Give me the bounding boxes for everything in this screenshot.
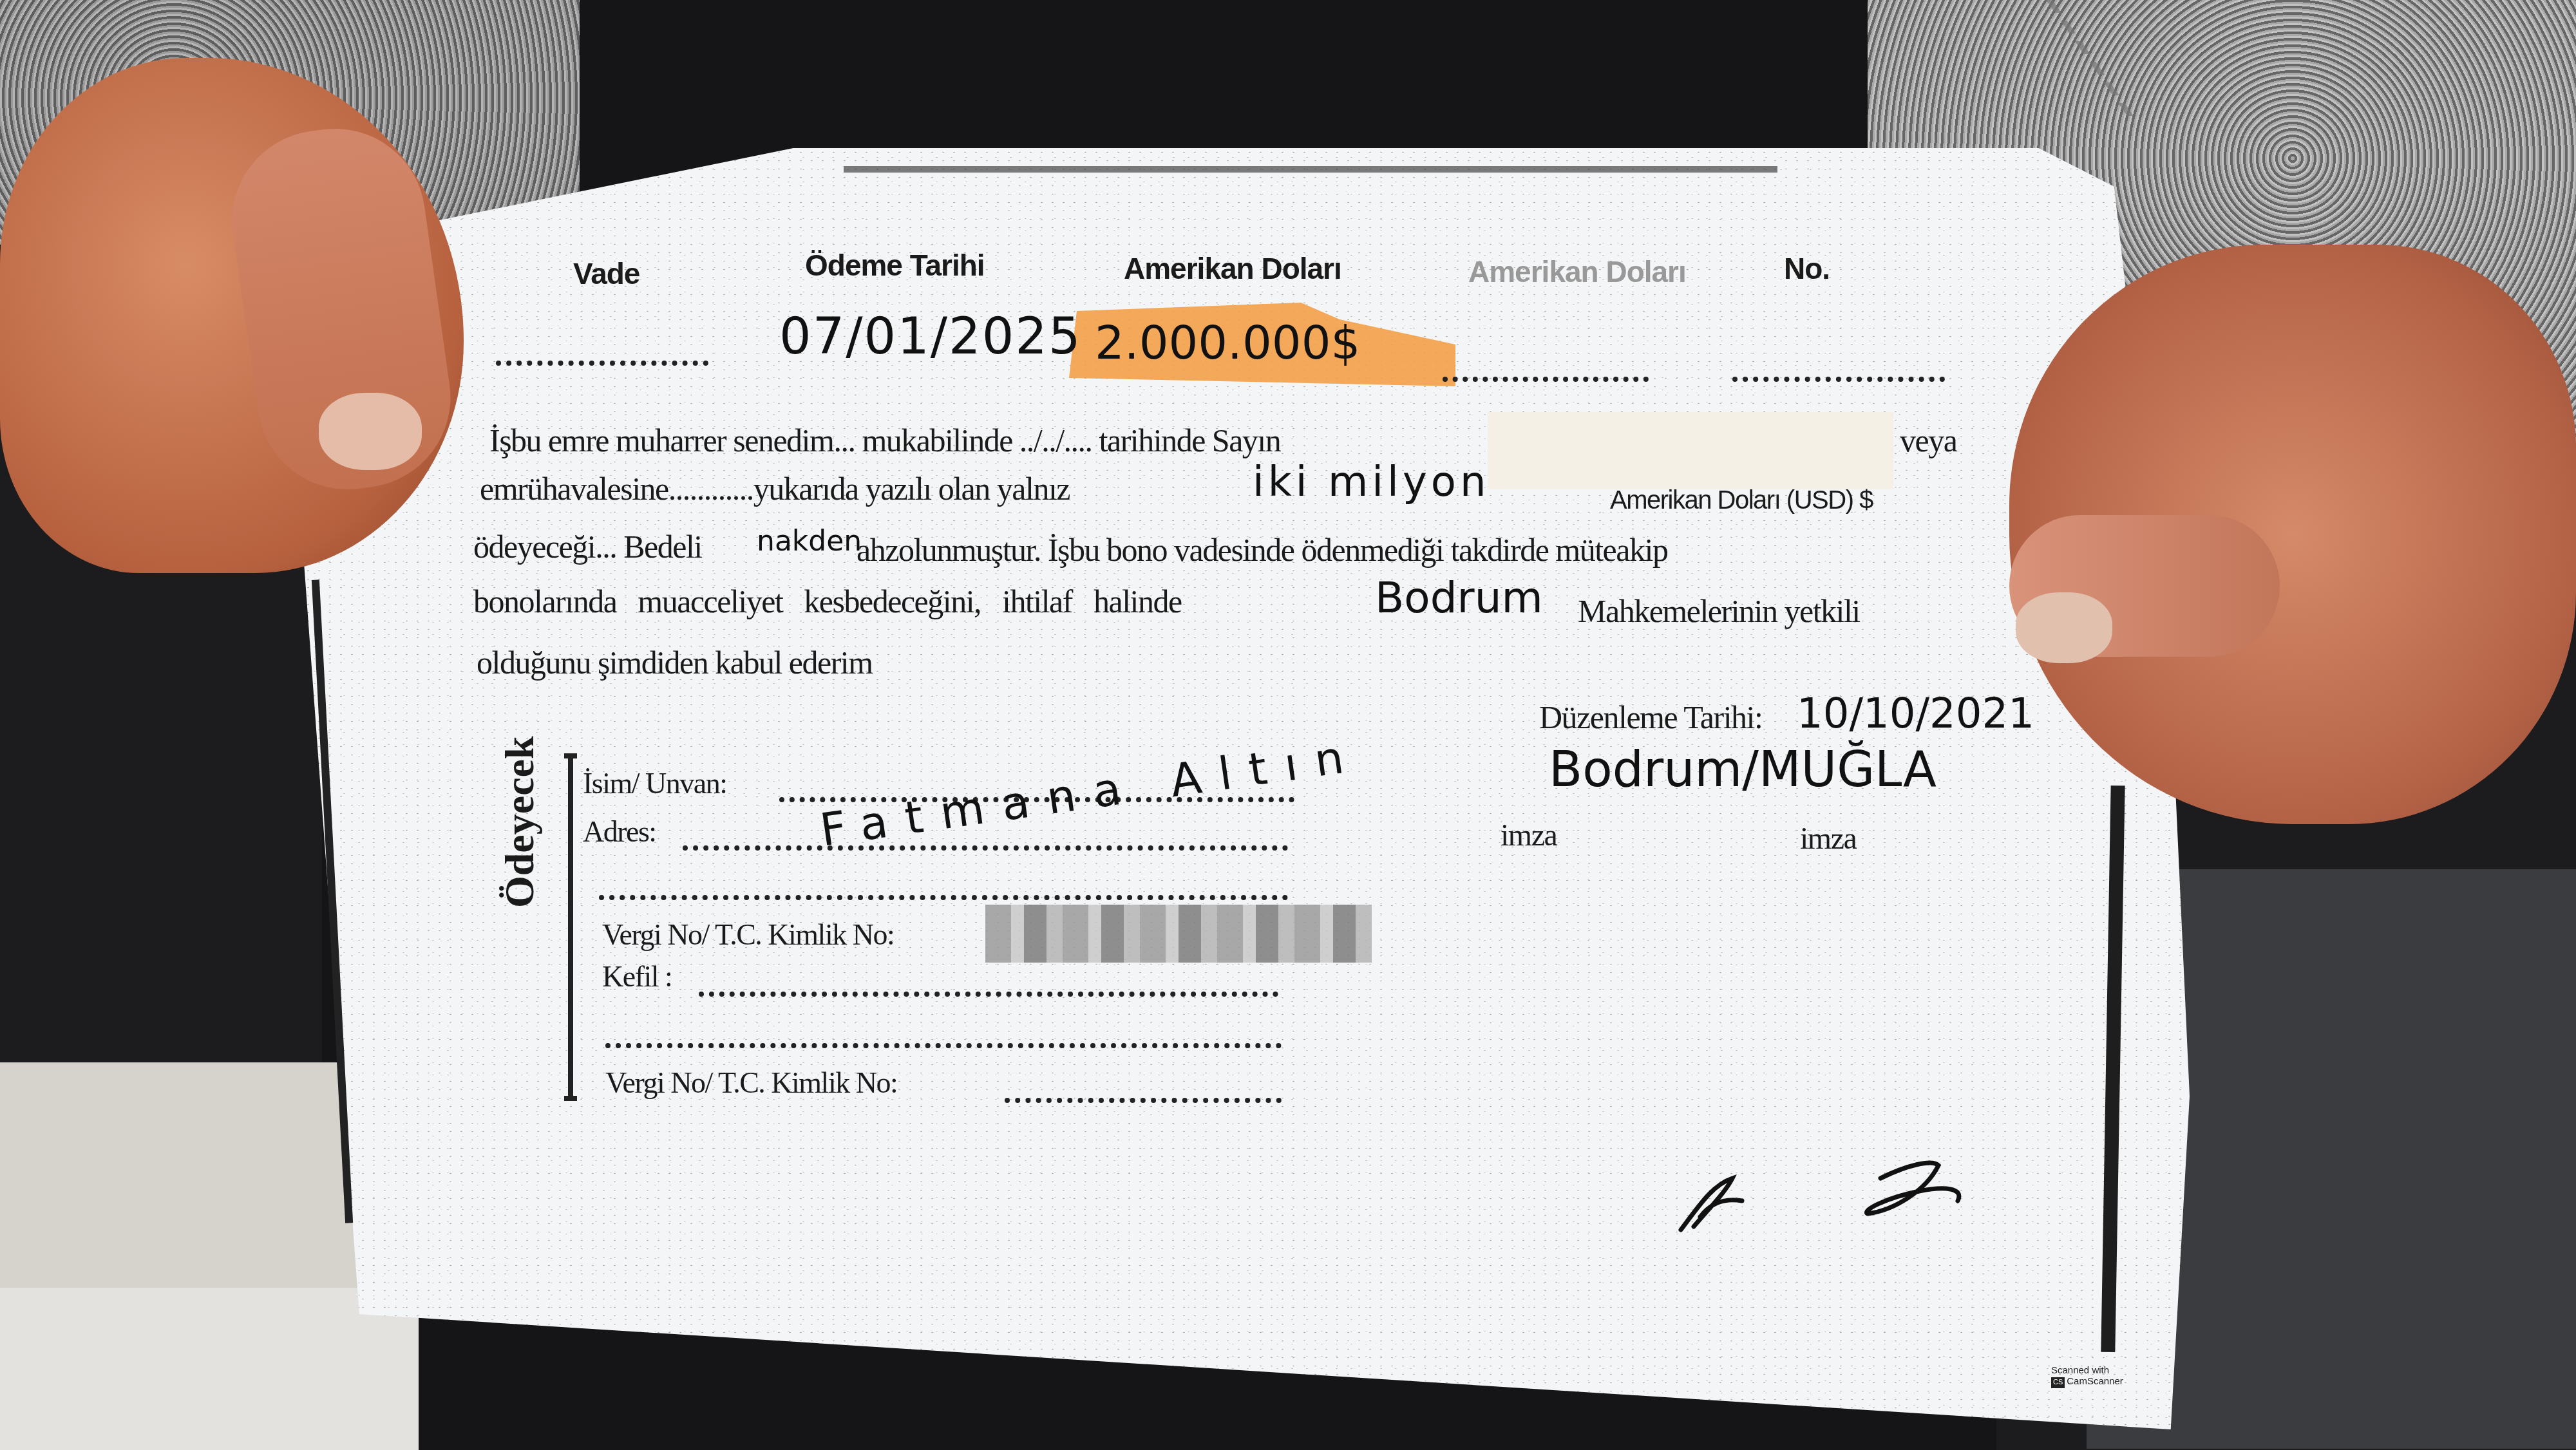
address-label: Adres: bbox=[583, 814, 656, 849]
dotted-line-vade bbox=[496, 361, 708, 366]
guarantor-label: Kefil : bbox=[602, 959, 672, 993]
header-odeme-tarihi: Ödeme Tarihi bbox=[805, 248, 985, 283]
issue-date-label: Düzenleme Tarihi: bbox=[1539, 699, 1762, 736]
signature-label-1: imza bbox=[1501, 818, 1557, 853]
body-line-3: ödeyeceği... Bedeli bbox=[473, 528, 702, 565]
body-line-2-suffix: Amerikan Doları (USD) $ bbox=[1610, 486, 1873, 515]
body-line-1-suffix: veya bbox=[1900, 422, 1956, 459]
issue-place: Bodrum/MUĞLA bbox=[1549, 740, 1937, 798]
camscanner-line2: CamScanner bbox=[2067, 1376, 2123, 1387]
body-line-4: bonolarında muacceliyet kesbedeceğini, i… bbox=[473, 583, 1182, 620]
dotted-line-amount bbox=[1443, 377, 1649, 382]
header-no: No. bbox=[1784, 251, 1830, 286]
payer-section-bracket bbox=[568, 753, 573, 1101]
header-vade: Vade bbox=[573, 256, 639, 291]
payer-section-label: Ödeyecek bbox=[496, 736, 544, 908]
header-amerikan-dolari: Amerikan Doları bbox=[1124, 251, 1341, 286]
handwritten-amount-words: iki milyon bbox=[1253, 458, 1490, 506]
body-line-5: olduğunu şimdiden kabul ederim bbox=[477, 644, 873, 681]
body-line-1: İşbu emre muharrer senedim... mukabilind… bbox=[489, 422, 1280, 459]
handwritten-amount: 2.000.000$ bbox=[1095, 315, 1360, 370]
handwritten-payment-method: nakden bbox=[757, 525, 862, 558]
camscanner-badge: Scanned with CSCamScanner bbox=[2051, 1365, 2123, 1388]
redacted-payee-name bbox=[1488, 412, 1893, 489]
signature-label-2: imza bbox=[1800, 821, 1856, 856]
dotted-line-guarantor-2 bbox=[605, 1043, 1282, 1048]
guarantor-tax-id-label: Vergi No/ T.C. Kimlik No: bbox=[605, 1066, 897, 1100]
body-line-4-suffix: Mahkemelerinin yetkili bbox=[1578, 592, 1860, 630]
dotted-line-address-2 bbox=[599, 895, 1288, 900]
header-amerikan-dolari-faded: Amerikan Doları bbox=[1468, 254, 1686, 289]
dotted-line-address-1 bbox=[683, 845, 1288, 851]
right-thumbnail bbox=[2016, 592, 2112, 663]
paper-top-border bbox=[844, 166, 1777, 173]
handwritten-payment-date: 07/01/2025 bbox=[779, 308, 1082, 366]
dotted-line-guarantor-1 bbox=[699, 992, 1278, 997]
handwritten-court-city: Bodrum bbox=[1375, 573, 1543, 623]
signature-2-icon bbox=[1855, 1153, 1984, 1223]
pixelated-tax-id bbox=[985, 905, 1372, 963]
issue-date-value: 10/10/2021 bbox=[1797, 690, 2034, 738]
left-thumbnail bbox=[319, 393, 422, 470]
body-line-3-suffix: ahzolunmuştur. İşbu bono vadesinde ödenm… bbox=[857, 531, 1667, 569]
name-label: İsim/ Unvan: bbox=[583, 766, 726, 800]
camscanner-logo-icon: CS bbox=[2051, 1377, 2065, 1388]
dotted-line-guarantor-tax-id bbox=[1005, 1098, 1282, 1103]
dotted-line-no bbox=[1732, 377, 1945, 382]
signature-1-icon bbox=[1674, 1165, 1752, 1236]
camscanner-line1: Scanned with bbox=[2051, 1365, 2123, 1376]
floor-tile bbox=[0, 1288, 419, 1450]
body-line-2: emrühavalesine............yukarıda yazıl… bbox=[480, 470, 1070, 507]
tax-id-label: Vergi No/ T.C. Kimlik No: bbox=[602, 918, 894, 952]
